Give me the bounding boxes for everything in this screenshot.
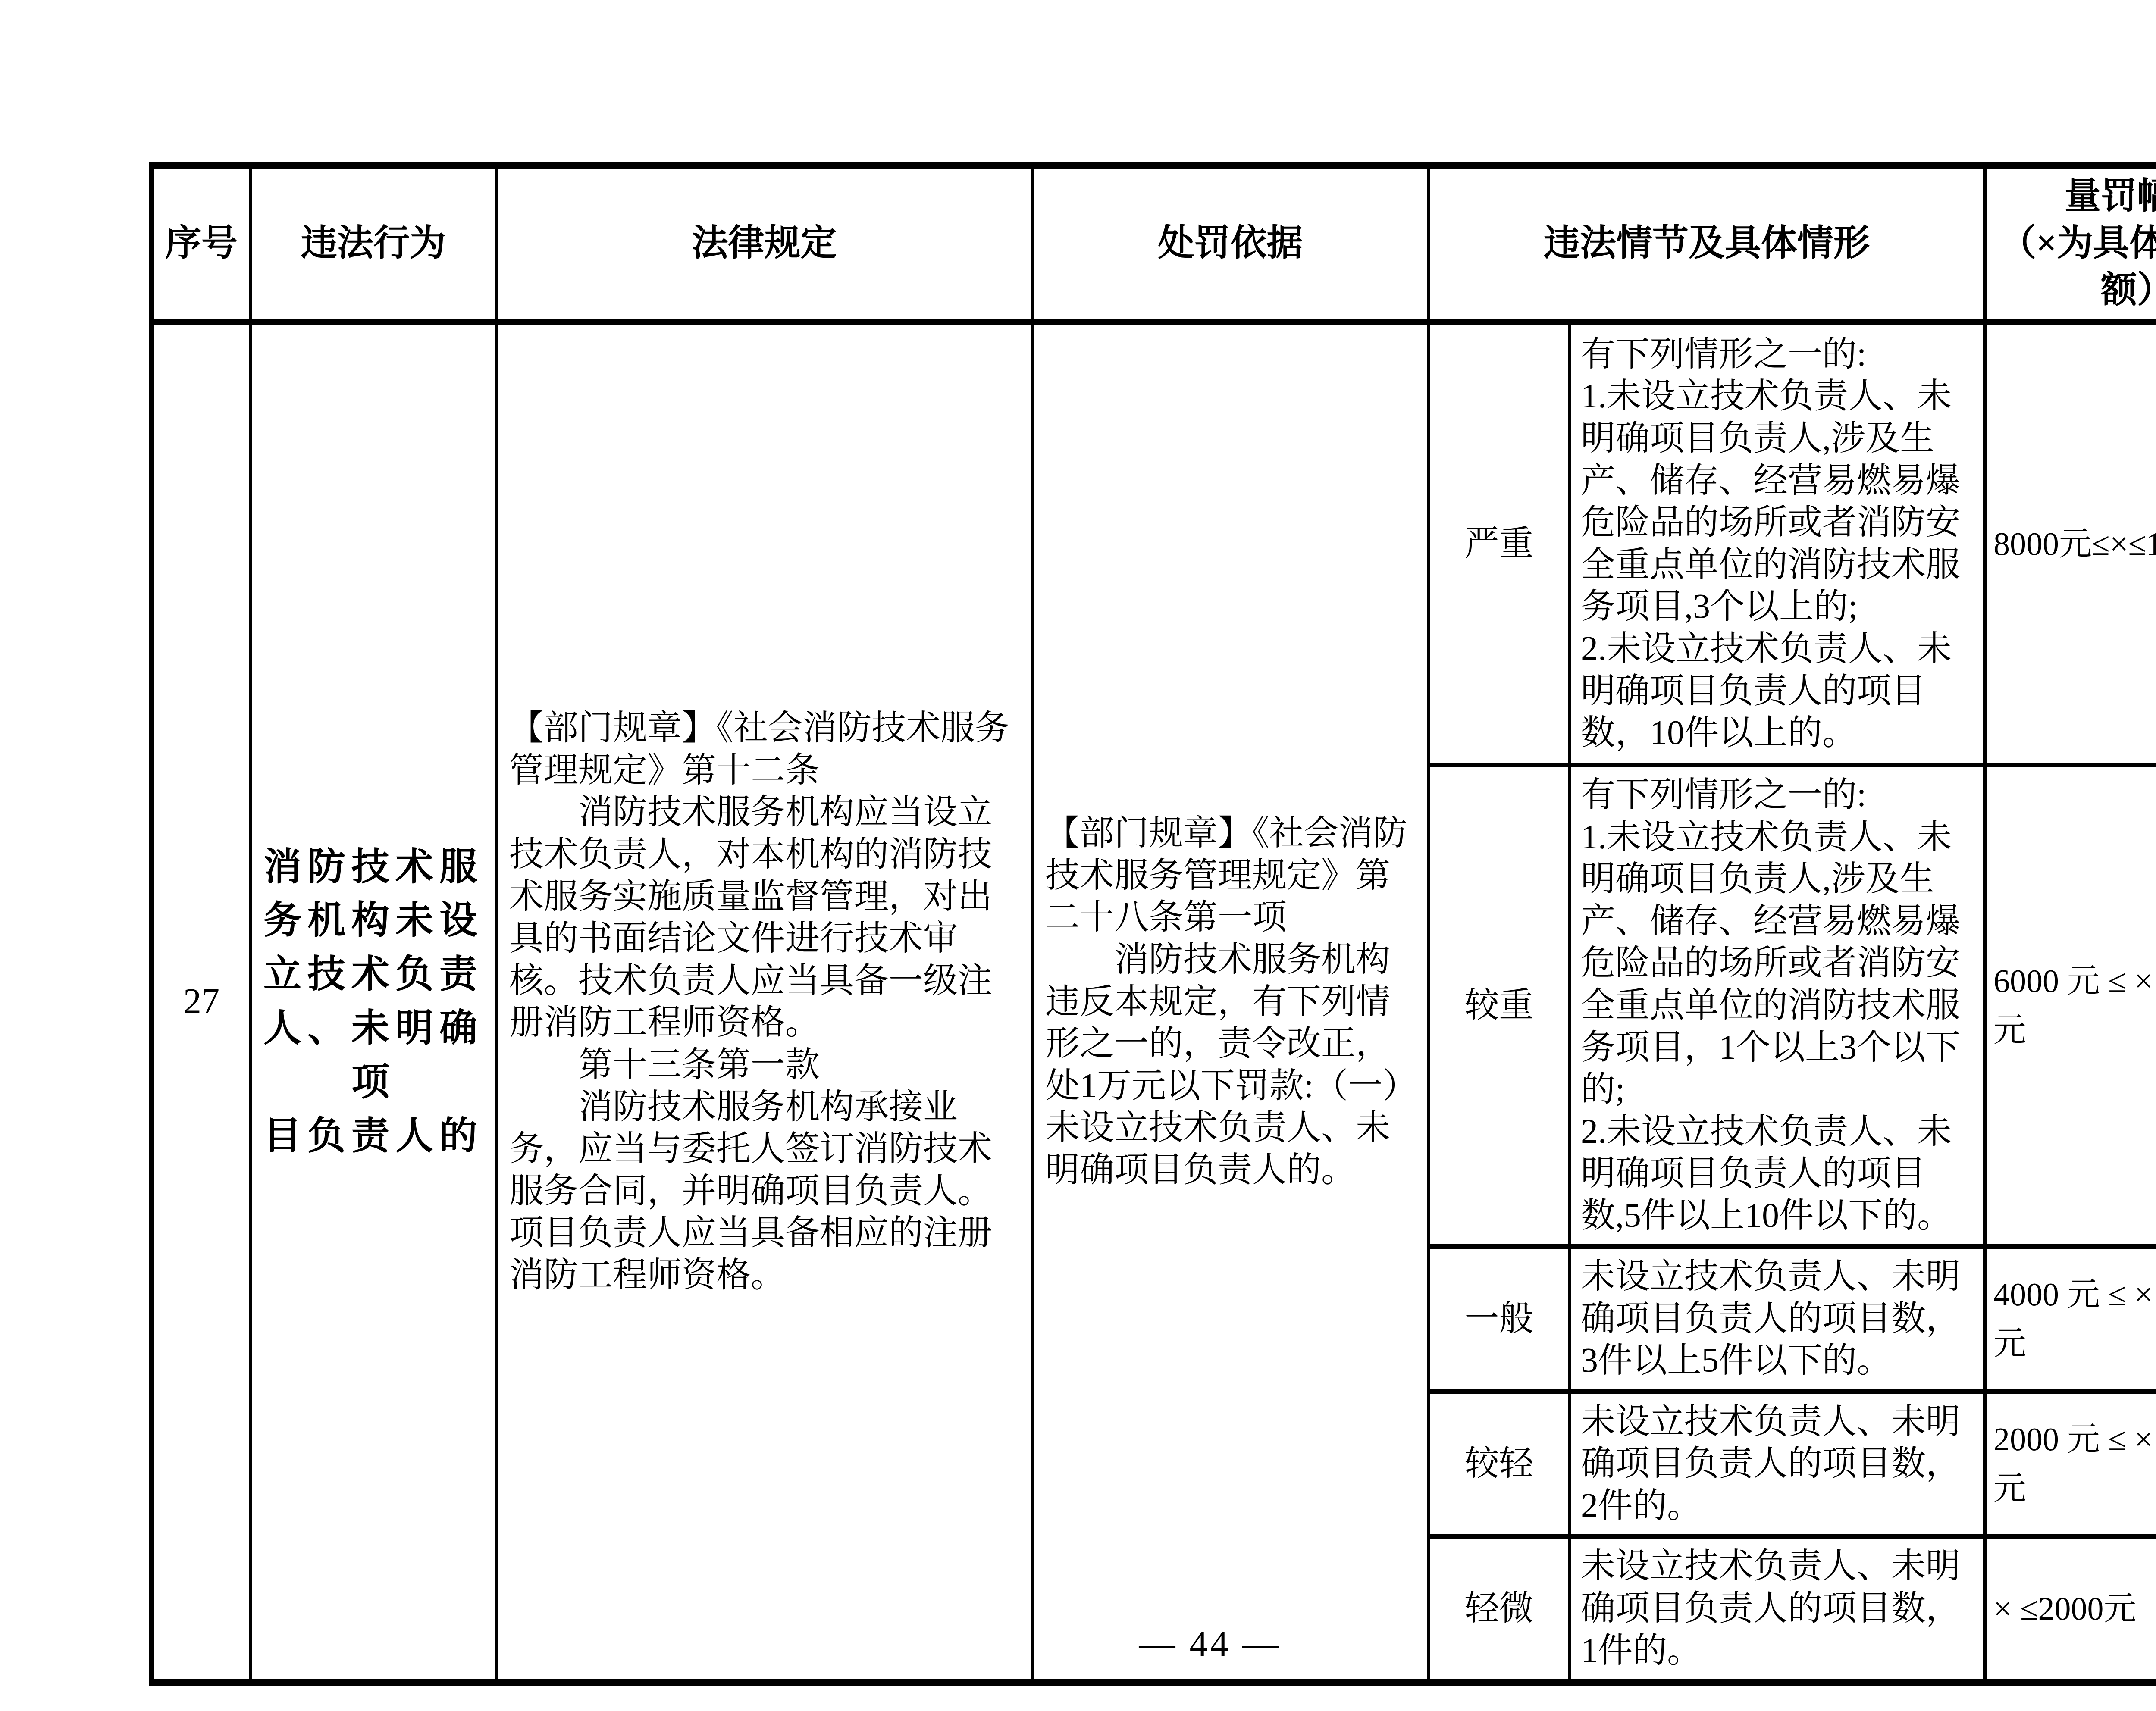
severity-desc-heavier: 有下列情形之一的: 1.未设立技术负责人、未明确项目负责人,涉及生产、储存、经营… [1570,765,1985,1247]
row-index: 27 [151,322,251,1683]
penalty-amount-lighter: 2000 元 ≤ × ≤ 4000 元 [1985,1392,2156,1536]
page-number: — 44 — [0,1623,2156,1665]
header-legal-provision: 法律规定 [496,165,1032,322]
severity-level-lighter: 较轻 [1429,1392,1570,1536]
penalty-amount-heavier: 6000 元 ≤ × ≤ 8000 元 [1985,765,2156,1247]
severity-level-heavier: 较重 [1429,765,1570,1247]
severity-level-severe: 严重 [1429,322,1570,765]
severity-desc-severe: 有下列情形之一的: 1.未设立技术负责人、未明确项目负责人,涉及生产、储存、经营… [1570,322,1985,765]
severity-level-general: 一般 [1429,1246,1570,1392]
legal-provision-cell: 【部门规章】《社会消防技术服务管理规定》第十二条 消防技术服务机构应当设立技术负… [496,322,1032,1683]
table-row-severe: 27 消防技术服 务机构未设 立技术负责 人、未明确项 目负责人的 【部门规章】… [151,322,2156,765]
penalty-amount-severe: 8000元≤×≤1万元 [1985,322,2156,765]
severity-desc-general: 未设立技术负责人、未明确项目负责人的项目数，3件以上5件以下的。 [1570,1246,1985,1392]
severity-desc-lighter: 未设立技术负责人、未明确项目负责人的项目数，2件的。 [1570,1392,1985,1536]
table-header-row: 序号 违法行为 法律规定 处罚依据 违法情节及具体情形 量罚幅度 （×为具体罚款… [151,165,2156,322]
header-index: 序号 [151,165,251,322]
violation-cell: 消防技术服 务机构未设 立技术负责 人、未明确项 目负责人的 [251,322,496,1683]
penalty-amount-general: 4000 元 ≤ × ≤ 6000 元 [1985,1246,2156,1392]
header-violation: 违法行为 [251,165,496,322]
penalty-basis-cell: 【部门规章】《社会消防技术服务管理规定》第二十八条第一项 消防技术服务机构违反本… [1032,322,1429,1683]
header-penalty-range: 量罚幅度 （×为具体罚款金额） [1985,165,2156,322]
header-penalty-range-line2: （×为具体罚款金额） [1990,220,2156,314]
header-circumstances: 违法情节及具体情形 [1429,165,1985,322]
document-page: 序号 违法行为 法律规定 处罚依据 违法情节及具体情形 量罚幅度 （×为具体罚款… [0,0,2156,1711]
header-penalty-range-line1: 量罚幅度 [1990,173,2156,220]
penalty-table: 序号 违法行为 法律规定 处罚依据 违法情节及具体情形 量罚幅度 （×为具体罚款… [149,162,2156,1686]
header-penalty-basis: 处罚依据 [1032,165,1429,322]
